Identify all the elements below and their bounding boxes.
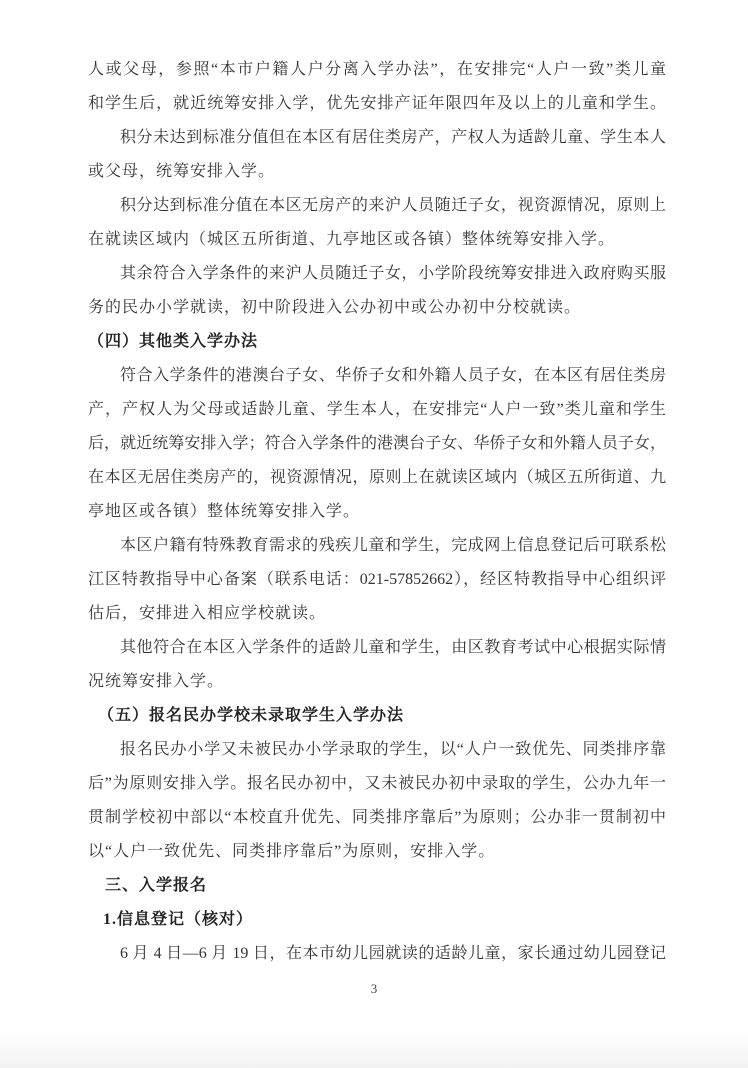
body-paragraph: 报名民办小学又未被民办小学录取的学生，以“人户一致优先、同类排序靠后”为原则安排… <box>88 733 666 869</box>
document-body: 人或父母，参照“本市户籍人户分离入学办法”，在安排完“人户一致”类儿童和学生后，… <box>88 53 666 971</box>
text-line: 本区户籍有特殊教育需求的残疾儿童和学生，完成网上信息登记后可联系松 <box>88 529 666 563</box>
text-line: 积分达到标准分值在本区无房产的来沪人员随迁子女，视资源情况，原则上 <box>88 189 666 223</box>
text-line: 或父母，统筹安排入学。 <box>88 155 666 189</box>
text-line: 6 月 4 日—6 月 19 日，在本市幼儿园就读的适龄儿童，家长通过幼儿园登记 <box>88 937 666 971</box>
document-page: 人或父母，参照“本市户籍人户分离入学办法”，在安排完“人户一致”类儿童和学生后，… <box>0 0 748 1068</box>
text-line: 三、入学报名 <box>88 869 666 903</box>
body-paragraph: 本区户籍有特殊教育需求的残疾儿童和学生，完成网上信息登记后可联系松江区特教指导中… <box>88 529 666 631</box>
body-paragraph: 其余符合入学条件的来沪人员随迁子女，小学阶段统筹安排进入政府购买服务的民办小学就… <box>88 257 666 325</box>
text-line: 亭地区或各镇）整体统筹安排入学。 <box>88 495 666 529</box>
text-line: 人或父母，参照“本市户籍人户分离入学办法”，在安排完“人户一致”类儿童 <box>88 53 666 87</box>
section-heading-4: （四）其他类入学办法 <box>88 325 666 359</box>
continuation-paragraph: 人或父母，参照“本市户籍人户分离入学办法”，在安排完“人户一致”类儿童和学生后，… <box>88 53 666 121</box>
text-line: 积分未达到标准分值但在本区有居住类房产，产权人为适龄儿童、学生本人 <box>88 121 666 155</box>
body-paragraph: 6 月 4 日—6 月 19 日，在本市幼儿园就读的适龄儿童，家长通过幼儿园登记 <box>88 937 666 971</box>
text-line: 务的民办小学就读，初中阶段进入公办初中或公办初中分校就读。 <box>88 291 666 325</box>
text-line: 其他符合在本区入学条件的适龄儿童和学生，由区教育考试中心根据实际情 <box>88 631 666 665</box>
text-line: 产，产权人为父母或适龄儿童、学生本人，在安排完“人户一致”类儿童和学生 <box>88 393 666 427</box>
body-paragraph: 积分未达到标准分值但在本区有居住类房产，产权人为适龄儿童、学生本人或父母，统筹安… <box>88 121 666 189</box>
body-paragraph: 符合入学条件的港澳台子女、华侨子女和外籍人员子女，在本区有居住类房产，产权人为父… <box>88 359 666 529</box>
page-bottom-edge-shadow <box>0 1030 748 1068</box>
text-line: 以“人户一致优先、同类排序靠后”为原则，安排入学。 <box>88 835 666 869</box>
text-line: 和学生后，就近统筹安排入学，优先安排产证年限四年及以上的儿童和学生。 <box>88 87 666 121</box>
text-line: 在就读区域内（城区五所街道、九亭地区或各镇）整体统筹安排入学。 <box>88 223 666 257</box>
text-line: 其余符合入学条件的来沪人员随迁子女，小学阶段统筹安排进入政府购买服 <box>88 257 666 291</box>
subsection-heading-1: 1.信息登记（核对） <box>88 903 666 937</box>
text-line: 后，就近统筹安排入学；符合入学条件的港澳台子女、华侨子女和外籍人员子女， <box>88 427 666 461</box>
text-line: 贯制学校初中部以“本校直升优先、同类排序靠后”为原则；公办非一贯制初中 <box>88 801 666 835</box>
text-line: 后”为原则安排入学。报名民办初中，又未被民办初中录取的学生，公办九年一 <box>88 767 666 801</box>
body-paragraph: 其他符合在本区入学条件的适龄儿童和学生，由区教育考试中心根据实际情况统筹安排入学… <box>88 631 666 699</box>
text-line: 江区特教指导中心备案（联系电话：021-57852662），经区特教指导中心组织… <box>88 563 666 597</box>
text-line: 1.信息登记（核对） <box>88 903 666 937</box>
page-number: 3 <box>0 980 748 998</box>
body-paragraph: 积分达到标准分值在本区无房产的来沪人员随迁子女，视资源情况，原则上在就读区域内（… <box>88 189 666 257</box>
text-line: 况统筹安排入学。 <box>88 665 666 699</box>
text-line: （五）报名民办学校未录取学生入学办法 <box>88 699 666 733</box>
text-line: 符合入学条件的港澳台子女、华侨子女和外籍人员子女，在本区有居住类房 <box>88 359 666 393</box>
text-line: （四）其他类入学办法 <box>88 325 666 359</box>
text-line: 估后，安排进入相应学校就读。 <box>88 597 666 631</box>
section-heading-5: （五）报名民办学校未录取学生入学办法 <box>88 699 666 733</box>
chapter-heading-3: 三、入学报名 <box>88 869 666 903</box>
text-line: 报名民办小学又未被民办小学录取的学生，以“人户一致优先、同类排序靠 <box>88 733 666 767</box>
text-line: 在本区无居住类房产的，视资源情况，原则上在就读区域内（城区五所街道、九 <box>88 461 666 495</box>
